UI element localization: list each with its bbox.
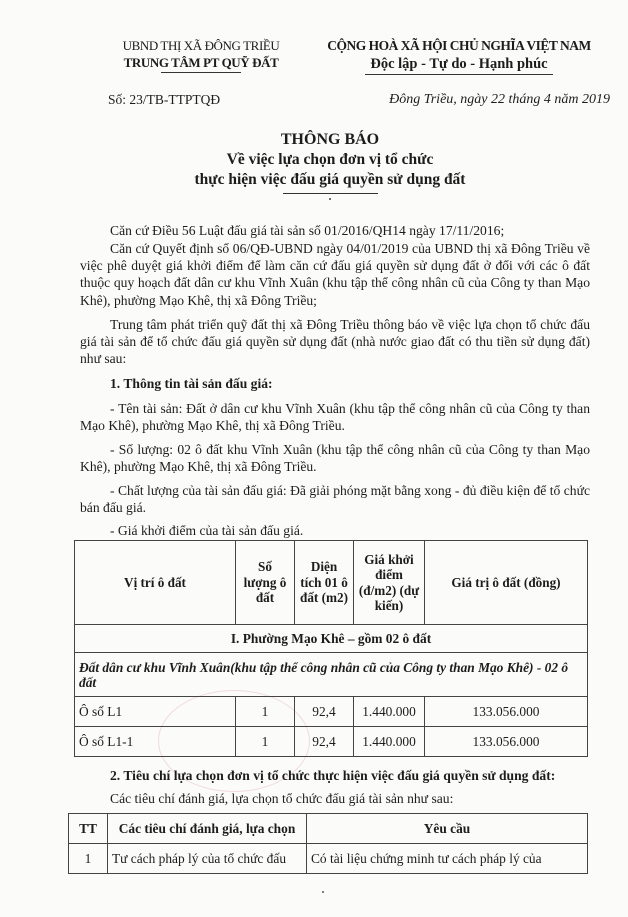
starting-price-label: - Giá khởi điểm của tài sản đấu giá. [80, 522, 590, 539]
cell-value: 133.056.000 [425, 697, 588, 727]
document-number: Số: 23/TB-TTPTQĐ [108, 92, 220, 108]
col-area: Diện tích 01 ô đất (m2) [295, 541, 354, 625]
cell-quantity: 1 [236, 727, 295, 757]
agency-name: TRUNG TÂM PT QUỸ ĐẤT [96, 54, 306, 71]
table-row: Ô số L1 1 92,4 1.440.000 133.056.000 [75, 697, 588, 727]
cell-location: Ô số L1-1 [75, 727, 236, 757]
agency-underline [161, 72, 241, 73]
asset-quantity: - Số lượng: 02 ô đất khu Vĩnh Xuân (khu … [80, 441, 590, 475]
motto-underline [365, 74, 553, 75]
section-2-heading: 2. Tiêu chí lựa chọn đơn vị tổ chức thực… [80, 767, 590, 784]
subgroup-row-cell: Đất dân cư khu Vĩnh Xuân(khu tập thể côn… [75, 653, 588, 697]
section-1-heading: 1. Thông tin tài sản đấu giá: [80, 375, 590, 392]
document-title: THÔNG BÁO [150, 130, 510, 150]
group-row: I. Phường Mạo Khê – gồm 02 ô đất [75, 625, 588, 653]
criteria-table-header: TT Các tiêu chí đánh giá, lựa chọn Yêu c… [69, 814, 588, 844]
table-row: 1 Tư cách pháp lý của tổ chức đấu Có tài… [69, 844, 588, 874]
col-value: Giá trị ô đất (đồng) [425, 541, 588, 625]
agency-parent: UBND THỊ XÃ ĐÔNG TRIỀU [96, 37, 306, 54]
document-page: UBND THỊ XÃ ĐÔNG TRIỀU TRUNG TÂM PT QUỸ … [0, 0, 628, 917]
cell-location: Ô số L1 [75, 697, 236, 727]
price-table: Vị trí ô đất Số lượng ô đất Diện tích 01… [74, 540, 588, 757]
legal-basis-2: Căn cứ Quyết định số 06/QĐ-UBND ngày 04/… [80, 240, 590, 309]
title-underline [283, 193, 378, 194]
cell-value: 133.056.000 [425, 727, 588, 757]
cell-quantity: 1 [236, 697, 295, 727]
national-header-block: CỘNG HOÀ XÃ HỘI CHỦ NGHĨA VIỆT NAM Độc l… [318, 37, 600, 75]
group-row-cell: I. Phường Mạo Khê – gồm 02 ô đất [75, 625, 588, 653]
asset-quality: - Chất lượng của tài sản đấu giá: Đã giả… [80, 482, 590, 516]
title-dot [329, 198, 331, 200]
asset-name: - Tên tài sản: Đất ở dân cư khu Vĩnh Xuâ… [80, 400, 590, 434]
criteria-intro: Các tiêu chí đánh giá, lựa chọn tổ chức … [80, 790, 590, 807]
price-table-header: Vị trí ô đất Số lượng ô đất Diện tích 01… [75, 541, 588, 625]
document-title-block: THÔNG BÁO Về việc lựa chọn đơn vị tổ chứ… [150, 130, 510, 200]
cell-area: 92,4 [295, 697, 354, 727]
col-quantity: Số lượng ô đất [236, 541, 295, 625]
col-location: Vị trí ô đất [75, 541, 236, 625]
subgroup-row: Đất dân cư khu Vĩnh Xuân(khu tập thể côn… [75, 653, 588, 697]
dateline: Đông Triều, ngày 22 tháng 4 năm 2019 [330, 92, 610, 108]
cell-requirement: Có tài liệu chứng minh tư cách pháp lý c… [307, 844, 588, 874]
cell-area: 92,4 [295, 727, 354, 757]
page-dot [322, 891, 324, 893]
criteria-table: TT Các tiêu chí đánh giá, lựa chọn Yêu c… [68, 813, 588, 874]
cell-start-price: 1.440.000 [354, 697, 425, 727]
col-requirement: Yêu cầu [307, 814, 588, 844]
cell-criteria: Tư cách pháp lý của tổ chức đấu [108, 844, 307, 874]
nation-name: CỘNG HOÀ XÃ HỘI CHỦ NGHĨA VIỆT NAM [318, 37, 600, 55]
col-criteria: Các tiêu chí đánh giá, lựa chọn [108, 814, 307, 844]
table-row: Ô số L1-1 1 92,4 1.440.000 133.056.000 [75, 727, 588, 757]
issuing-agency-block: UBND THỊ XÃ ĐÔNG TRIỀU TRUNG TÂM PT QUỸ … [96, 37, 306, 73]
cell-index: 1 [69, 844, 108, 874]
col-index: TT [69, 814, 108, 844]
col-start-price: Giá khởi điểm (đ/m2) (dự kiến) [354, 541, 425, 625]
legal-basis-1: Căn cứ Điều 56 Luật đấu giá tài sản số 0… [80, 222, 590, 239]
national-motto: Độc lập - Tự do - Hạnh phúc [318, 55, 600, 73]
document-subject-line2: thực hiện việc đấu giá quyền sử dụng đất [150, 170, 510, 190]
intro-paragraph: Trung tâm phát triển quỹ đất thị xã Đông… [80, 316, 590, 368]
document-subject-line1: Về việc lựa chọn đơn vị tổ chức [150, 150, 510, 170]
cell-start-price: 1.440.000 [354, 727, 425, 757]
